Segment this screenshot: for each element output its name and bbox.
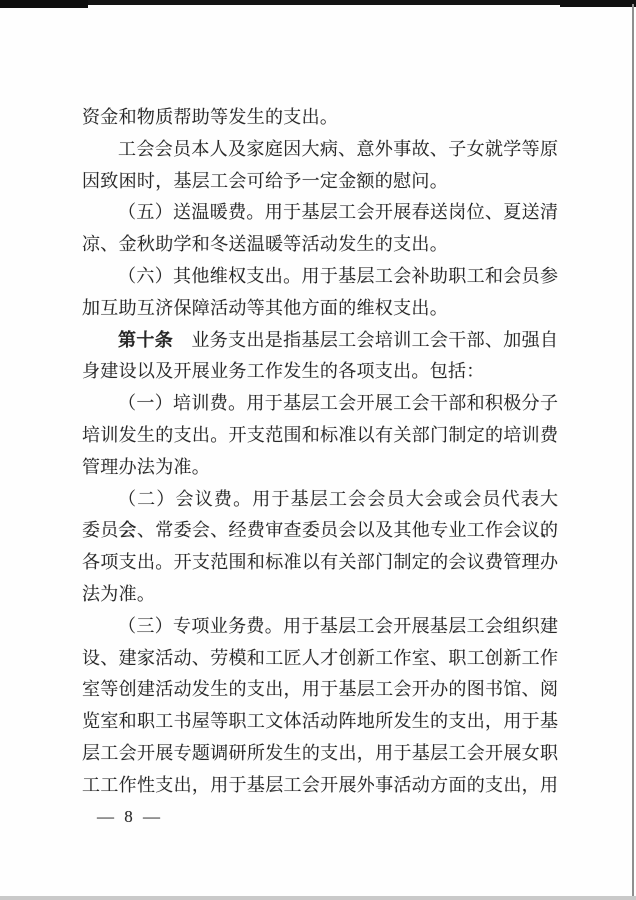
text-line: （六）其他维权支出。用于基层工会补助职工和会员参	[82, 261, 558, 293]
scan-edge-top	[0, 0, 636, 5]
article-number-label: 第十条	[118, 330, 173, 350]
text-line: （五）送温暖费。用于基层工会开展春送岗位、夏送清	[82, 197, 558, 229]
text-line: 委员会、常委会、经费审查委员会以及其他专业工作会议的	[82, 515, 558, 547]
page-number: — 8 —	[97, 807, 163, 827]
document-page: 资金和物质帮助等发生的支出。工会会员本人及家庭因大病、意外事故、子女就学等原因致…	[0, 0, 636, 900]
text-line: 设、建家活动、劳模和工匠人才创新工作室、职工创新工作	[82, 643, 558, 675]
text-line: 工工作性支出，用于基层工会开展外事活动方面的支出，用	[82, 770, 558, 802]
text-line: 法为准。	[82, 579, 558, 611]
text-line: 管理办法为准。	[82, 452, 558, 484]
scan-edge-top-left	[0, 0, 88, 8]
text-line: 览室和职工书屋等职工文体活动阵地所发生的支出，用于基	[82, 706, 558, 738]
text-line: 凉、金秋助学和冬送温暖等活动发生的支出。	[82, 229, 558, 261]
scan-edge-bottom	[0, 896, 636, 900]
text-line: 工会会员本人及家庭因大病、意外事故、子女就学等原	[82, 134, 558, 166]
text-line: 各项支出。开支范围和标准以有关部门制定的会议费管理办	[82, 547, 558, 579]
document-body: 资金和物质帮助等发生的支出。工会会员本人及家庭因大病、意外事故、子女就学等原因致…	[82, 102, 558, 802]
text-line: （三）专项业务费。用于基层工会开展基层工会组织建	[82, 611, 558, 643]
text-line: （二）会议费。用于基层工会会员大会或会员代表大会、	[82, 484, 558, 516]
scan-edge-right	[632, 4, 634, 900]
text-line: 身建设以及开展业务工作发生的各项支出。包括：	[82, 356, 558, 388]
scan-edge-top-right	[560, 0, 636, 7]
text-line: 资金和物质帮助等发生的支出。	[82, 102, 558, 134]
text-line: （一）培训费。用于基层工会开展工会干部和积极分子	[82, 388, 558, 420]
text-line: 层工会开展专题调研所发生的支出，用于基层工会开展女职	[82, 738, 558, 770]
text-line: 加互助互济保障活动等其他方面的维权支出。	[82, 293, 558, 325]
text-line: 因致困时，基层工会可给予一定金额的慰问。	[82, 166, 558, 198]
text-line: 室等创建活动发生的支出，用于基层工会开办的图书馆、阅	[82, 674, 558, 706]
text-line: 培训发生的支出。开支范围和标准以有关部门制定的培训费	[82, 420, 558, 452]
text-line: 第十条 业务支出是指基层工会培训工会干部、加强自	[82, 325, 558, 357]
